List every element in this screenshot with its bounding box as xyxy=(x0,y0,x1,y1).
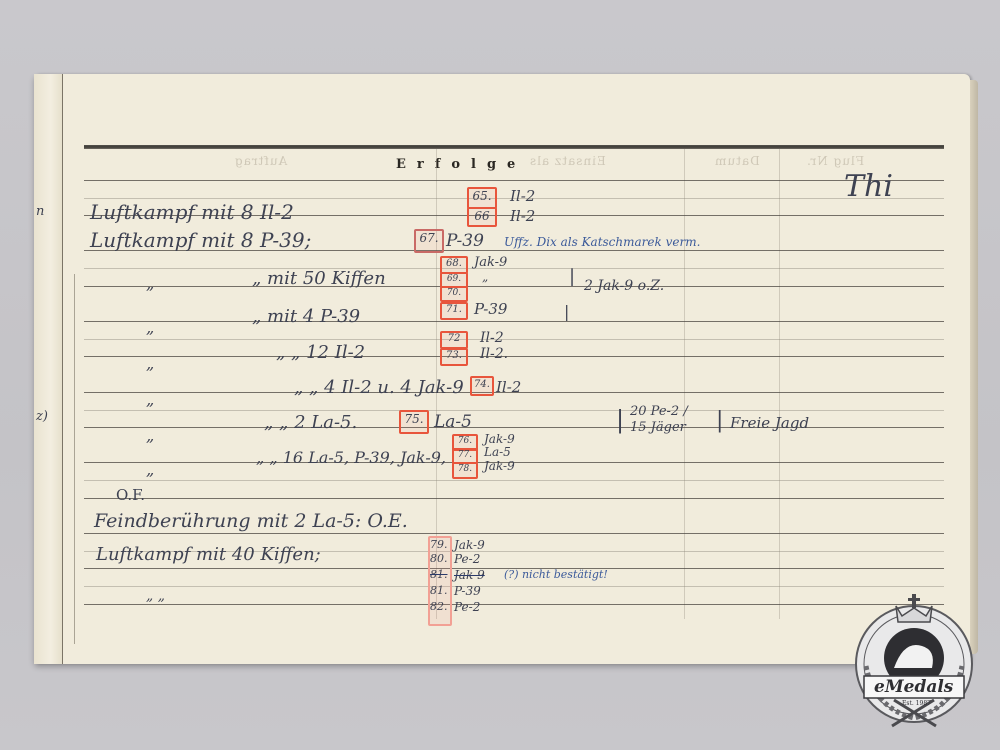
victory-type: P-39 xyxy=(474,300,507,318)
ditto-mark: „ xyxy=(146,354,154,373)
faded-header-einsatz: Einsatz als xyxy=(529,154,606,168)
entry-description: „ „ 4 Il-2 u. 4 Jak-9 xyxy=(294,377,464,398)
medal-crest-icon xyxy=(844,588,984,728)
row-rule xyxy=(84,604,944,605)
victory-type: Jak-9 xyxy=(484,459,515,473)
bracket: | xyxy=(569,266,575,287)
row-rule xyxy=(84,321,944,322)
emedals-watermark: eMedals Purveyors of Authentic Militaria… xyxy=(844,588,984,728)
row-rule xyxy=(84,356,944,357)
victory-type: „ xyxy=(482,270,488,284)
ditto-mark: „ xyxy=(146,390,154,409)
ditto-mark: „ xyxy=(146,426,154,445)
entry-note: Uffz. Dix als Katschmarek verm. xyxy=(504,235,700,249)
row-rule xyxy=(84,427,944,428)
victory-type: Il-2. xyxy=(480,346,508,362)
entry-description: Luftkampf mit 8 P-39; xyxy=(90,228,311,252)
victory-type: Il-2 xyxy=(496,378,521,396)
entry-description: O.F. xyxy=(116,486,145,504)
victory-number: 73. xyxy=(440,348,468,366)
entry-description: „ „ 12 Il-2 xyxy=(276,342,365,363)
margin-mark: n xyxy=(36,204,44,219)
victory-type: Pe-2 xyxy=(454,600,480,614)
entry-note-mission: Freie Jagd xyxy=(730,414,809,432)
row-rule xyxy=(84,286,944,287)
victory-type-struck: Jak-9 xyxy=(454,568,485,582)
victory-type: Il-2 xyxy=(510,187,535,205)
entry-description: „ „ xyxy=(146,588,165,604)
entry-note: 2 Jak-9 o.Z. xyxy=(584,278,664,294)
victory-type: Jak-9 xyxy=(484,432,515,446)
victory-type: La-5 xyxy=(434,412,472,432)
row-rule xyxy=(84,533,944,534)
victory-type: Il-2 xyxy=(510,207,535,225)
bracket: | xyxy=(716,408,723,433)
entry-description: „ „ 16 La-5, P-39, Jak-9, xyxy=(256,448,446,467)
victory-type: La-5 xyxy=(484,445,511,459)
row-subrule xyxy=(84,339,944,340)
row-subrule xyxy=(84,586,944,587)
victory-number: 65. xyxy=(467,187,497,209)
victory-number: 75. xyxy=(399,410,429,434)
ditto-mark: „ xyxy=(146,460,154,479)
victory-number: 71. xyxy=(440,302,468,320)
victory-number: 67. xyxy=(414,229,444,253)
faded-header-auftrag: Auftrag xyxy=(234,154,287,168)
entry-description: „ mit 4 P-39 xyxy=(252,306,360,327)
brand-established: Est. 1987 xyxy=(902,700,931,707)
column-divider xyxy=(779,149,780,619)
signature: Thi xyxy=(844,169,893,204)
book-spine xyxy=(34,74,63,664)
entry-description: Luftkampf mit 40 Kiffen; xyxy=(96,544,321,565)
margin-rule xyxy=(74,274,75,644)
row-subrule xyxy=(84,410,944,411)
victory-number: 78. xyxy=(452,462,478,479)
entry-note: 20 Pe-2 / 15 Jäger xyxy=(630,404,700,436)
faded-header-flugnr: Flug Nr. xyxy=(806,154,864,168)
victory-number: 82. xyxy=(430,600,448,613)
row-rule xyxy=(84,498,944,499)
victory-type: Pe-2 xyxy=(454,552,480,566)
faded-header-datum: Datum xyxy=(714,154,760,168)
row-rule xyxy=(84,180,944,181)
victory-type: Jak-9 xyxy=(474,255,507,270)
victory-number: 81. xyxy=(430,584,448,597)
victory-number: 74. xyxy=(470,376,494,396)
logbook-page: n z) Auftrag Einsatz als Datum Flug Nr. … xyxy=(34,74,970,664)
header-rule xyxy=(84,145,944,149)
entry-description: Feindberührung mit 2 La-5: O.E. xyxy=(94,510,408,532)
entry-description: „ „ 2 La-5. xyxy=(264,412,357,433)
bracket: | xyxy=(564,302,569,321)
entry-description: „ mit 50 Kiffen xyxy=(252,268,386,289)
victory-type: Jak-9 xyxy=(454,538,485,552)
victory-number: 70. xyxy=(440,286,468,302)
ditto-mark: „ xyxy=(146,274,154,293)
page-edge xyxy=(970,80,978,654)
binding-line xyxy=(62,74,63,664)
victory-number-struck: 81. xyxy=(430,568,448,581)
victory-type: Il-2 xyxy=(480,330,504,346)
brand-name: eMedals xyxy=(874,677,953,697)
victory-number: 79. xyxy=(430,538,448,551)
ditto-mark: „ xyxy=(146,318,154,337)
row-subrule xyxy=(84,480,944,481)
row-subrule xyxy=(84,268,944,269)
column-divider xyxy=(684,149,685,619)
victory-number: 72 xyxy=(440,331,468,349)
unconfirmed-note: (?) nicht bestätigt! xyxy=(504,568,608,581)
margin-mark: z) xyxy=(36,409,48,424)
section-title: Erfolge xyxy=(396,157,526,172)
victory-number: 80. xyxy=(430,552,448,565)
victory-type: P-39 xyxy=(454,584,481,598)
entry-description: Luftkampf mit 8 Il-2 xyxy=(90,200,294,224)
bracket: | xyxy=(616,406,624,434)
victory-number: 66 xyxy=(467,207,497,227)
victory-type: P-39 xyxy=(446,231,484,251)
